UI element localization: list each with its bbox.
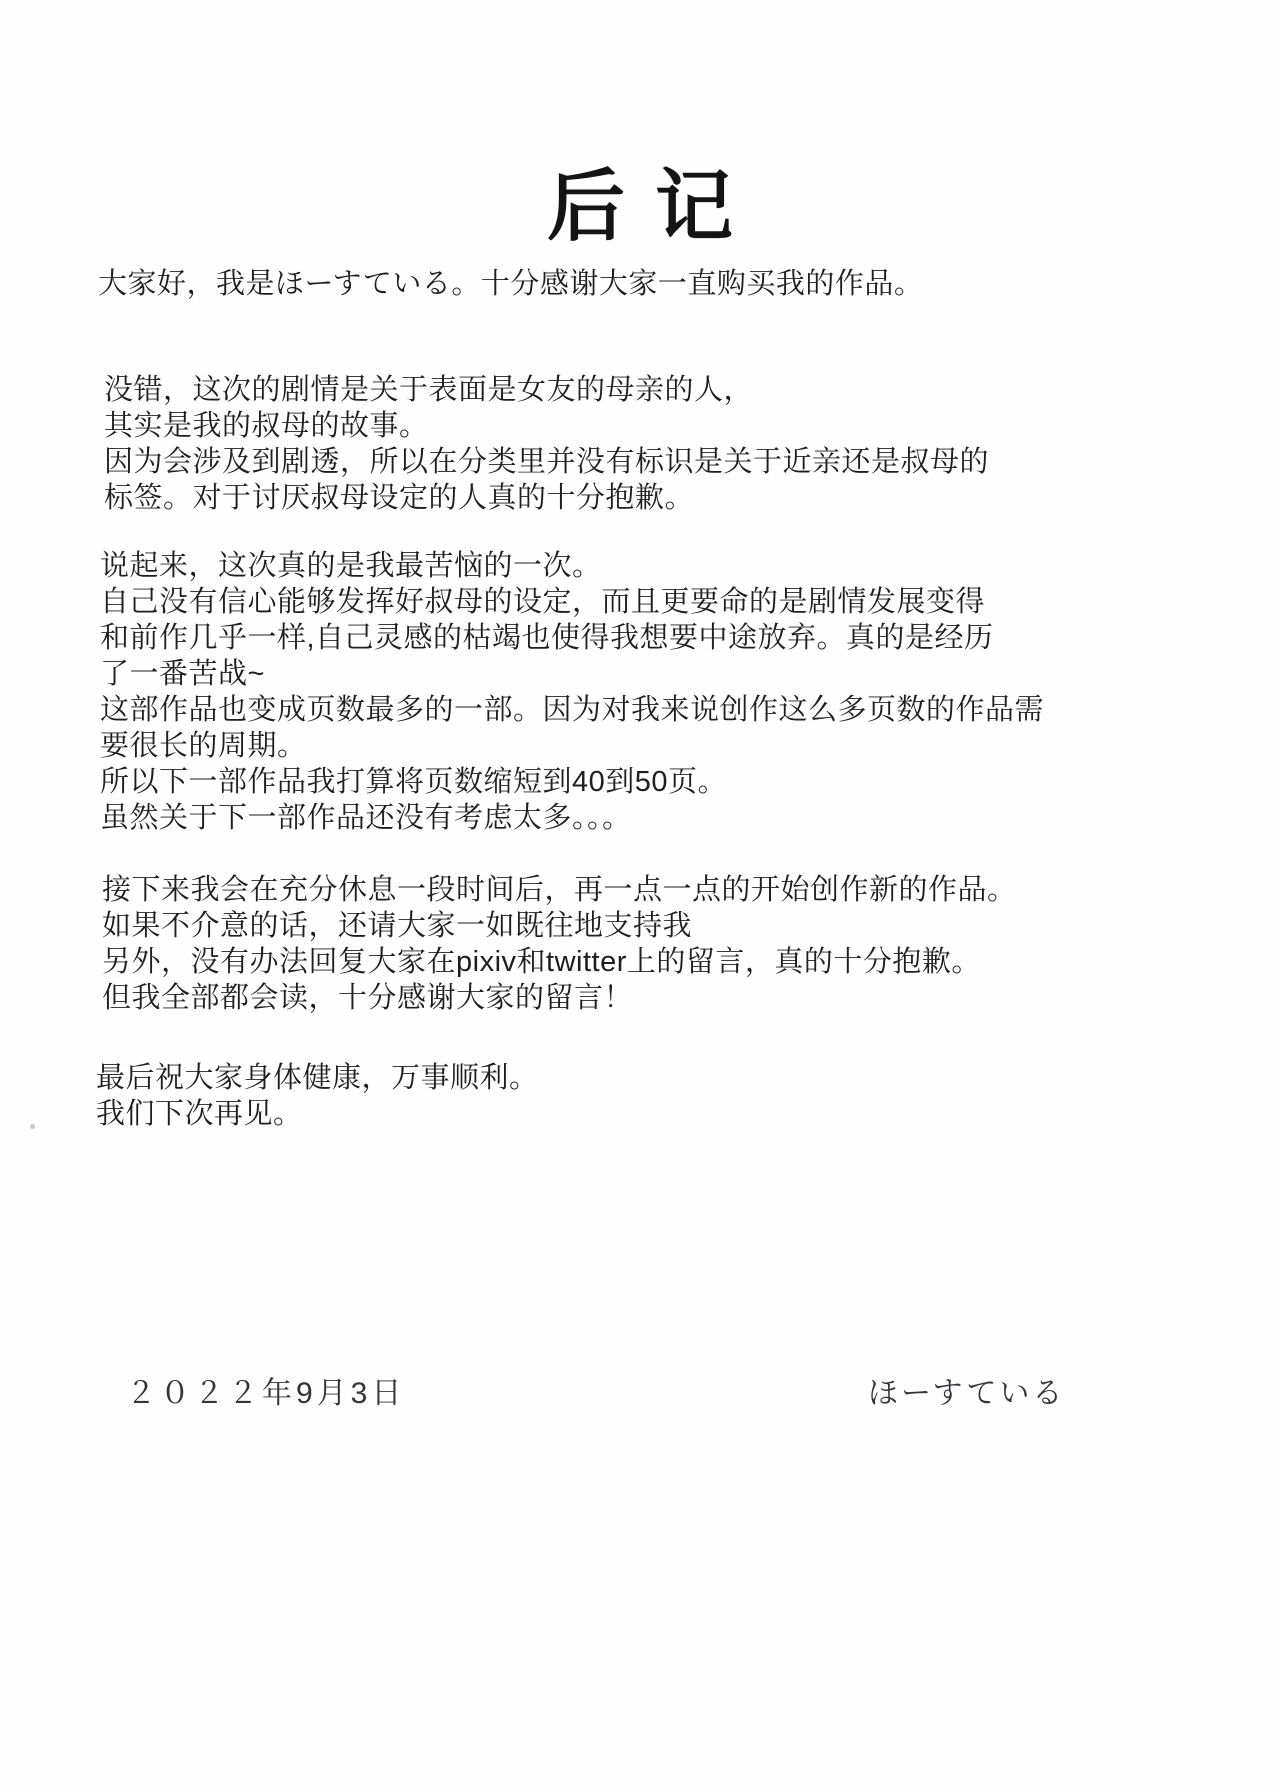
scan-artifact-dot xyxy=(30,1124,35,1129)
text-line: 没错，这次的剧情是关于表面是女友的母亲的人， xyxy=(104,372,989,408)
text-line: 接下来我会在充分休息一段时间后，再一点一点的开始创作新的作品。 xyxy=(102,872,1017,908)
paragraph-closing-wishes: 最后祝大家身体健康，万事顺利。 我们下次再见。 xyxy=(96,1060,539,1132)
paragraph-story-intro: 没错，这次的剧情是关于表面是女友的母亲的人， 其实是我的叔母的故事。 因为会涉及… xyxy=(104,372,989,516)
text-line: 了一番苦战~ xyxy=(100,656,1044,692)
paragraph-greeting: 大家好，我是ほーすている。十分感谢大家一直购买我的作品。 xyxy=(98,266,923,302)
text-line: 和前作几乎一样,自己灵感的枯竭也使得我想要中途放弃。真的是经历 xyxy=(100,620,1044,656)
text-line: 最后祝大家身体健康，万事顺利。 xyxy=(96,1060,539,1096)
text-line: 因为会涉及到剧透，所以在分类里并没有标识是关于近亲还是叔母的 xyxy=(104,444,989,480)
author-name: ほーすている xyxy=(868,1368,1065,1412)
text-line: 我们下次再见。 xyxy=(96,1096,539,1132)
text-line: 大家好，我是ほーすている。十分感谢大家一直购买我的作品。 xyxy=(98,266,923,302)
text-line: 如果不介意的话，还请大家一如既往地支持我 xyxy=(102,908,1017,944)
page-title: 后记 xyxy=(0,144,1280,256)
afterword-page: 后记 大家好，我是ほーすている。十分感谢大家一直购买我的作品。 没错，这次的剧情… xyxy=(0,0,1280,1792)
date-text: ２０２２年9月3日 xyxy=(126,1368,405,1412)
text-line: 标签。对于讨厌叔母设定的人真的十分抱歉。 xyxy=(104,480,989,516)
text-line: 但我全部都会读，十分感谢大家的留言！ xyxy=(102,980,1017,1016)
text-line: 要很长的周期。 xyxy=(100,728,1044,764)
paragraph-creation-struggle: 说起来，这次真的是我最苦恼的一次。 自己没有信心能够发挥好叔母的设定，而且更要命… xyxy=(100,548,1044,836)
signature-row: ２０２２年9月3日 ほーすている xyxy=(0,1368,1280,1408)
paragraph-future-plans: 接下来我会在充分休息一段时间后，再一点一点的开始创作新的作品。 如果不介意的话，… xyxy=(102,872,1017,1016)
text-line: 说起来，这次真的是我最苦恼的一次。 xyxy=(100,548,1044,584)
text-line: 自己没有信心能够发挥好叔母的设定，而且更要命的是剧情发展变得 xyxy=(100,584,1044,620)
text-line: 另外，没有办法回复大家在pixiv和twitter上的留言，真的十分抱歉。 xyxy=(102,944,1017,980)
text-line: 所以下一部作品我打算将页数缩短到40到50页。 xyxy=(100,764,1044,800)
text-line: 其实是我的叔母的故事。 xyxy=(104,408,989,444)
text-line: 虽然关于下一部作品还没有考虑太多。。。 xyxy=(100,800,1044,836)
text-line: 这部作品也变成页数最多的一部。因为对我来说创作这么多页数的作品需 xyxy=(100,692,1044,728)
